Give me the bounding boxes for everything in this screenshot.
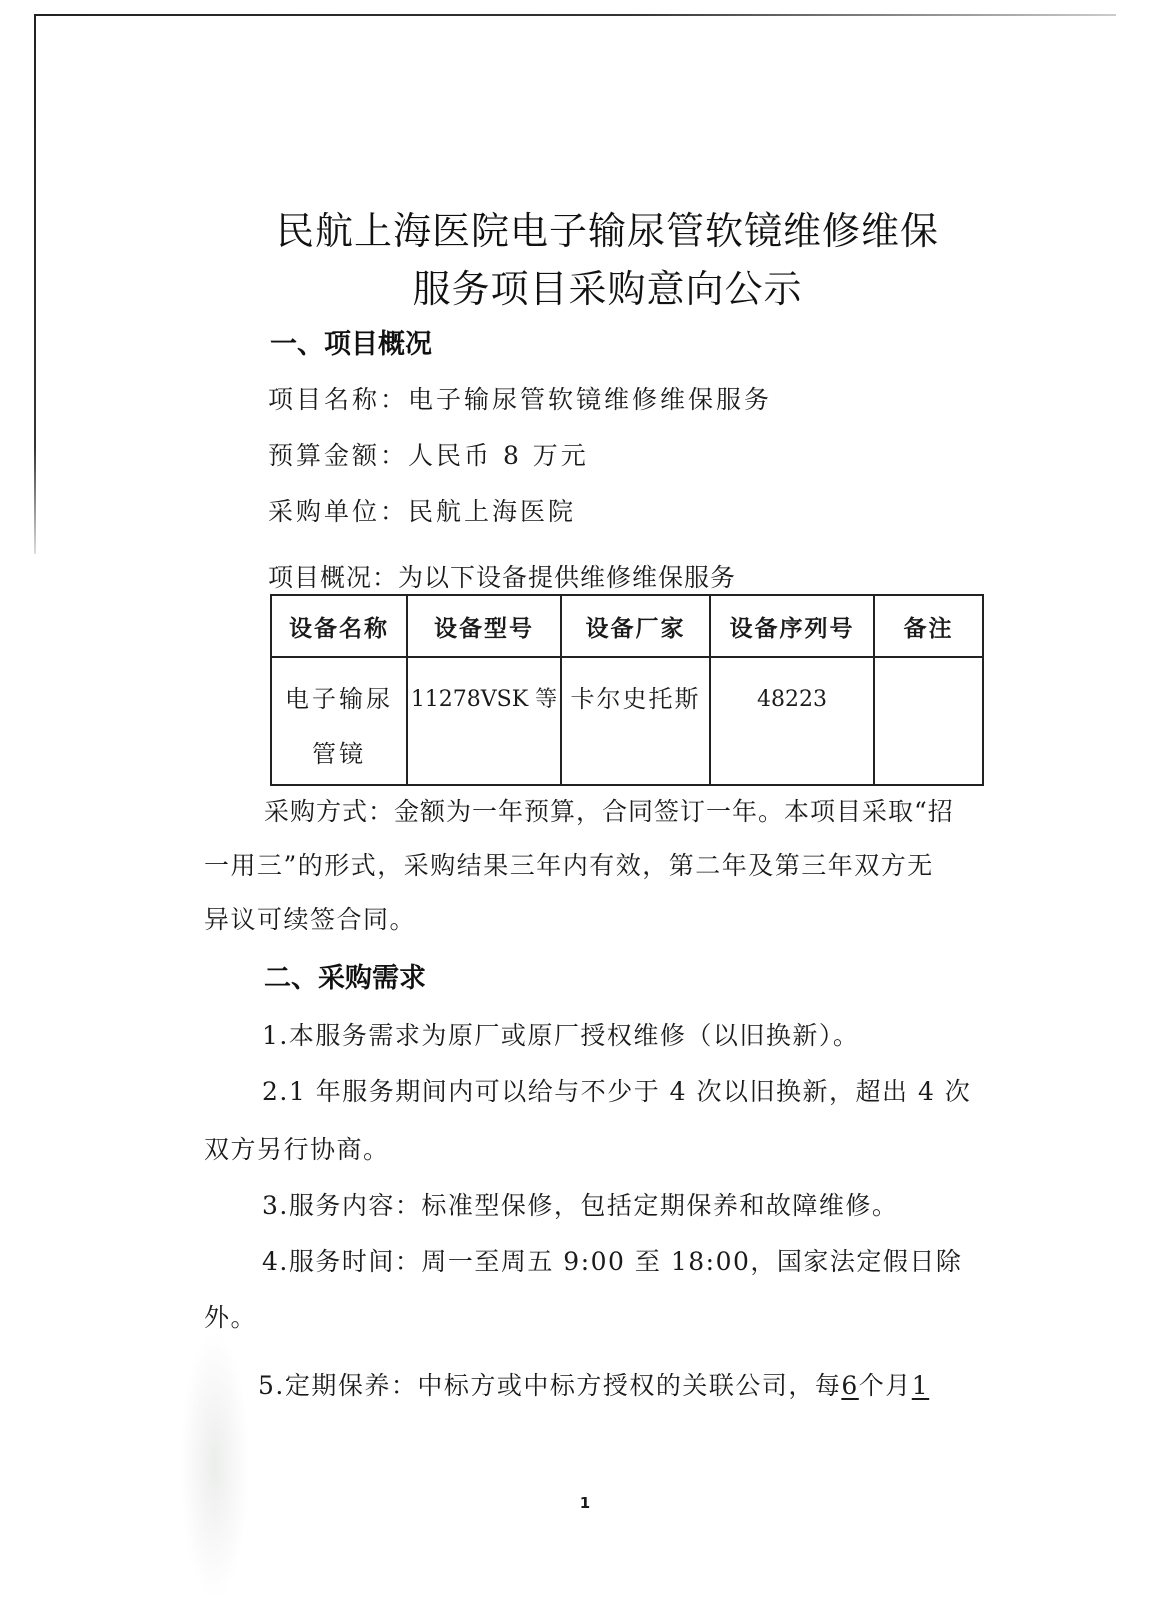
equipment-name-line1: 电子输尿 bbox=[272, 672, 406, 727]
header-equipment-name: 设备名称 bbox=[271, 595, 407, 657]
requirement-item-4-line1: 4.服务时间：周一至周五 9:00 至 18:00，国家法定假日除 bbox=[262, 1242, 962, 1278]
header-manufacturer: 设备厂家 bbox=[561, 595, 710, 657]
project-overview: 项目概况：为以下设备提供维修维保服务 bbox=[268, 558, 736, 594]
document-page: 民航上海医院电子输尿管软镜维修维保 服务项目采购意向公示 一、项目概况 项目名称… bbox=[0, 0, 1151, 1600]
project-name: 项目名称：电子输尿管软镜维修维保服务 bbox=[268, 380, 772, 416]
cell-equipment-name: 电子输尿 管镜 bbox=[271, 657, 407, 785]
header-equipment-model: 设备型号 bbox=[407, 595, 561, 657]
cell-manufacturer: 卡尔史托斯 bbox=[561, 657, 710, 785]
equipment-table: 设备名称 设备型号 设备厂家 设备序列号 备注 电子输尿 管镜 11278VSK… bbox=[270, 594, 984, 786]
header-remarks: 备注 bbox=[874, 595, 983, 657]
procurement-method-line2: 一用三”的形式，采购结果三年内有效，第二年及第三年双方无 bbox=[204, 846, 934, 882]
requirement-item-2-line1: 2.1 年服务期间内可以给与不少于 4 次以旧换新，超出 4 次 bbox=[262, 1072, 971, 1108]
requirement-item-3: 3.服务内容：标准型保修，包括定期保养和故障维修。 bbox=[262, 1186, 898, 1222]
requirement-item-2-line2: 双方另行协商。 bbox=[204, 1130, 390, 1166]
item5-months: 6 bbox=[841, 1371, 858, 1400]
cell-equipment-model: 11278VSK 等 bbox=[407, 657, 561, 785]
section1-heading: 一、项目概况 bbox=[270, 322, 432, 361]
requirement-item-4-line2: 外。 bbox=[204, 1298, 257, 1334]
procurement-method-line3: 异议可续签合同。 bbox=[204, 900, 416, 936]
cell-remarks bbox=[874, 657, 983, 785]
requirement-item-1: 1.本服务需求为原厂或原厂授权维修（以旧换新）。 bbox=[262, 1016, 859, 1052]
document-title-line1: 民航上海医院电子输尿管软镜维修维保 bbox=[32, 200, 1151, 255]
document-title-line2: 服务项目采购意向公示 bbox=[32, 258, 1151, 313]
scan-border-top bbox=[34, 14, 1116, 16]
page-number: 1 bbox=[570, 1494, 600, 1512]
item5-prefix: 5.定期保养：中标方或中标方授权的关联公司，每 bbox=[258, 1371, 841, 1400]
item5-mid: 个月 bbox=[859, 1371, 912, 1400]
table-row: 电子输尿 管镜 11278VSK 等 卡尔史托斯 48223 bbox=[271, 657, 983, 785]
equipment-name-line2: 管镜 bbox=[272, 727, 406, 782]
table-header-row: 设备名称 设备型号 设备厂家 设备序列号 备注 bbox=[271, 595, 983, 657]
cell-serial-number: 48223 bbox=[710, 657, 874, 785]
scan-smudge bbox=[180, 1330, 250, 1600]
purchasing-unit: 采购单位：民航上海医院 bbox=[268, 492, 576, 528]
item5-count: 1 bbox=[912, 1371, 929, 1400]
requirement-item-5: 5.定期保养：中标方或中标方授权的关联公司，每6个月1 bbox=[258, 1366, 929, 1402]
header-serial-number: 设备序列号 bbox=[710, 595, 874, 657]
section2-heading: 二、采购需求 bbox=[264, 956, 426, 995]
budget-amount: 预算金额：人民币 8 万元 bbox=[268, 436, 589, 472]
procurement-method-line1: 采购方式：金额为一年预算，合同签订一年。本项目采取“招 bbox=[264, 792, 954, 828]
